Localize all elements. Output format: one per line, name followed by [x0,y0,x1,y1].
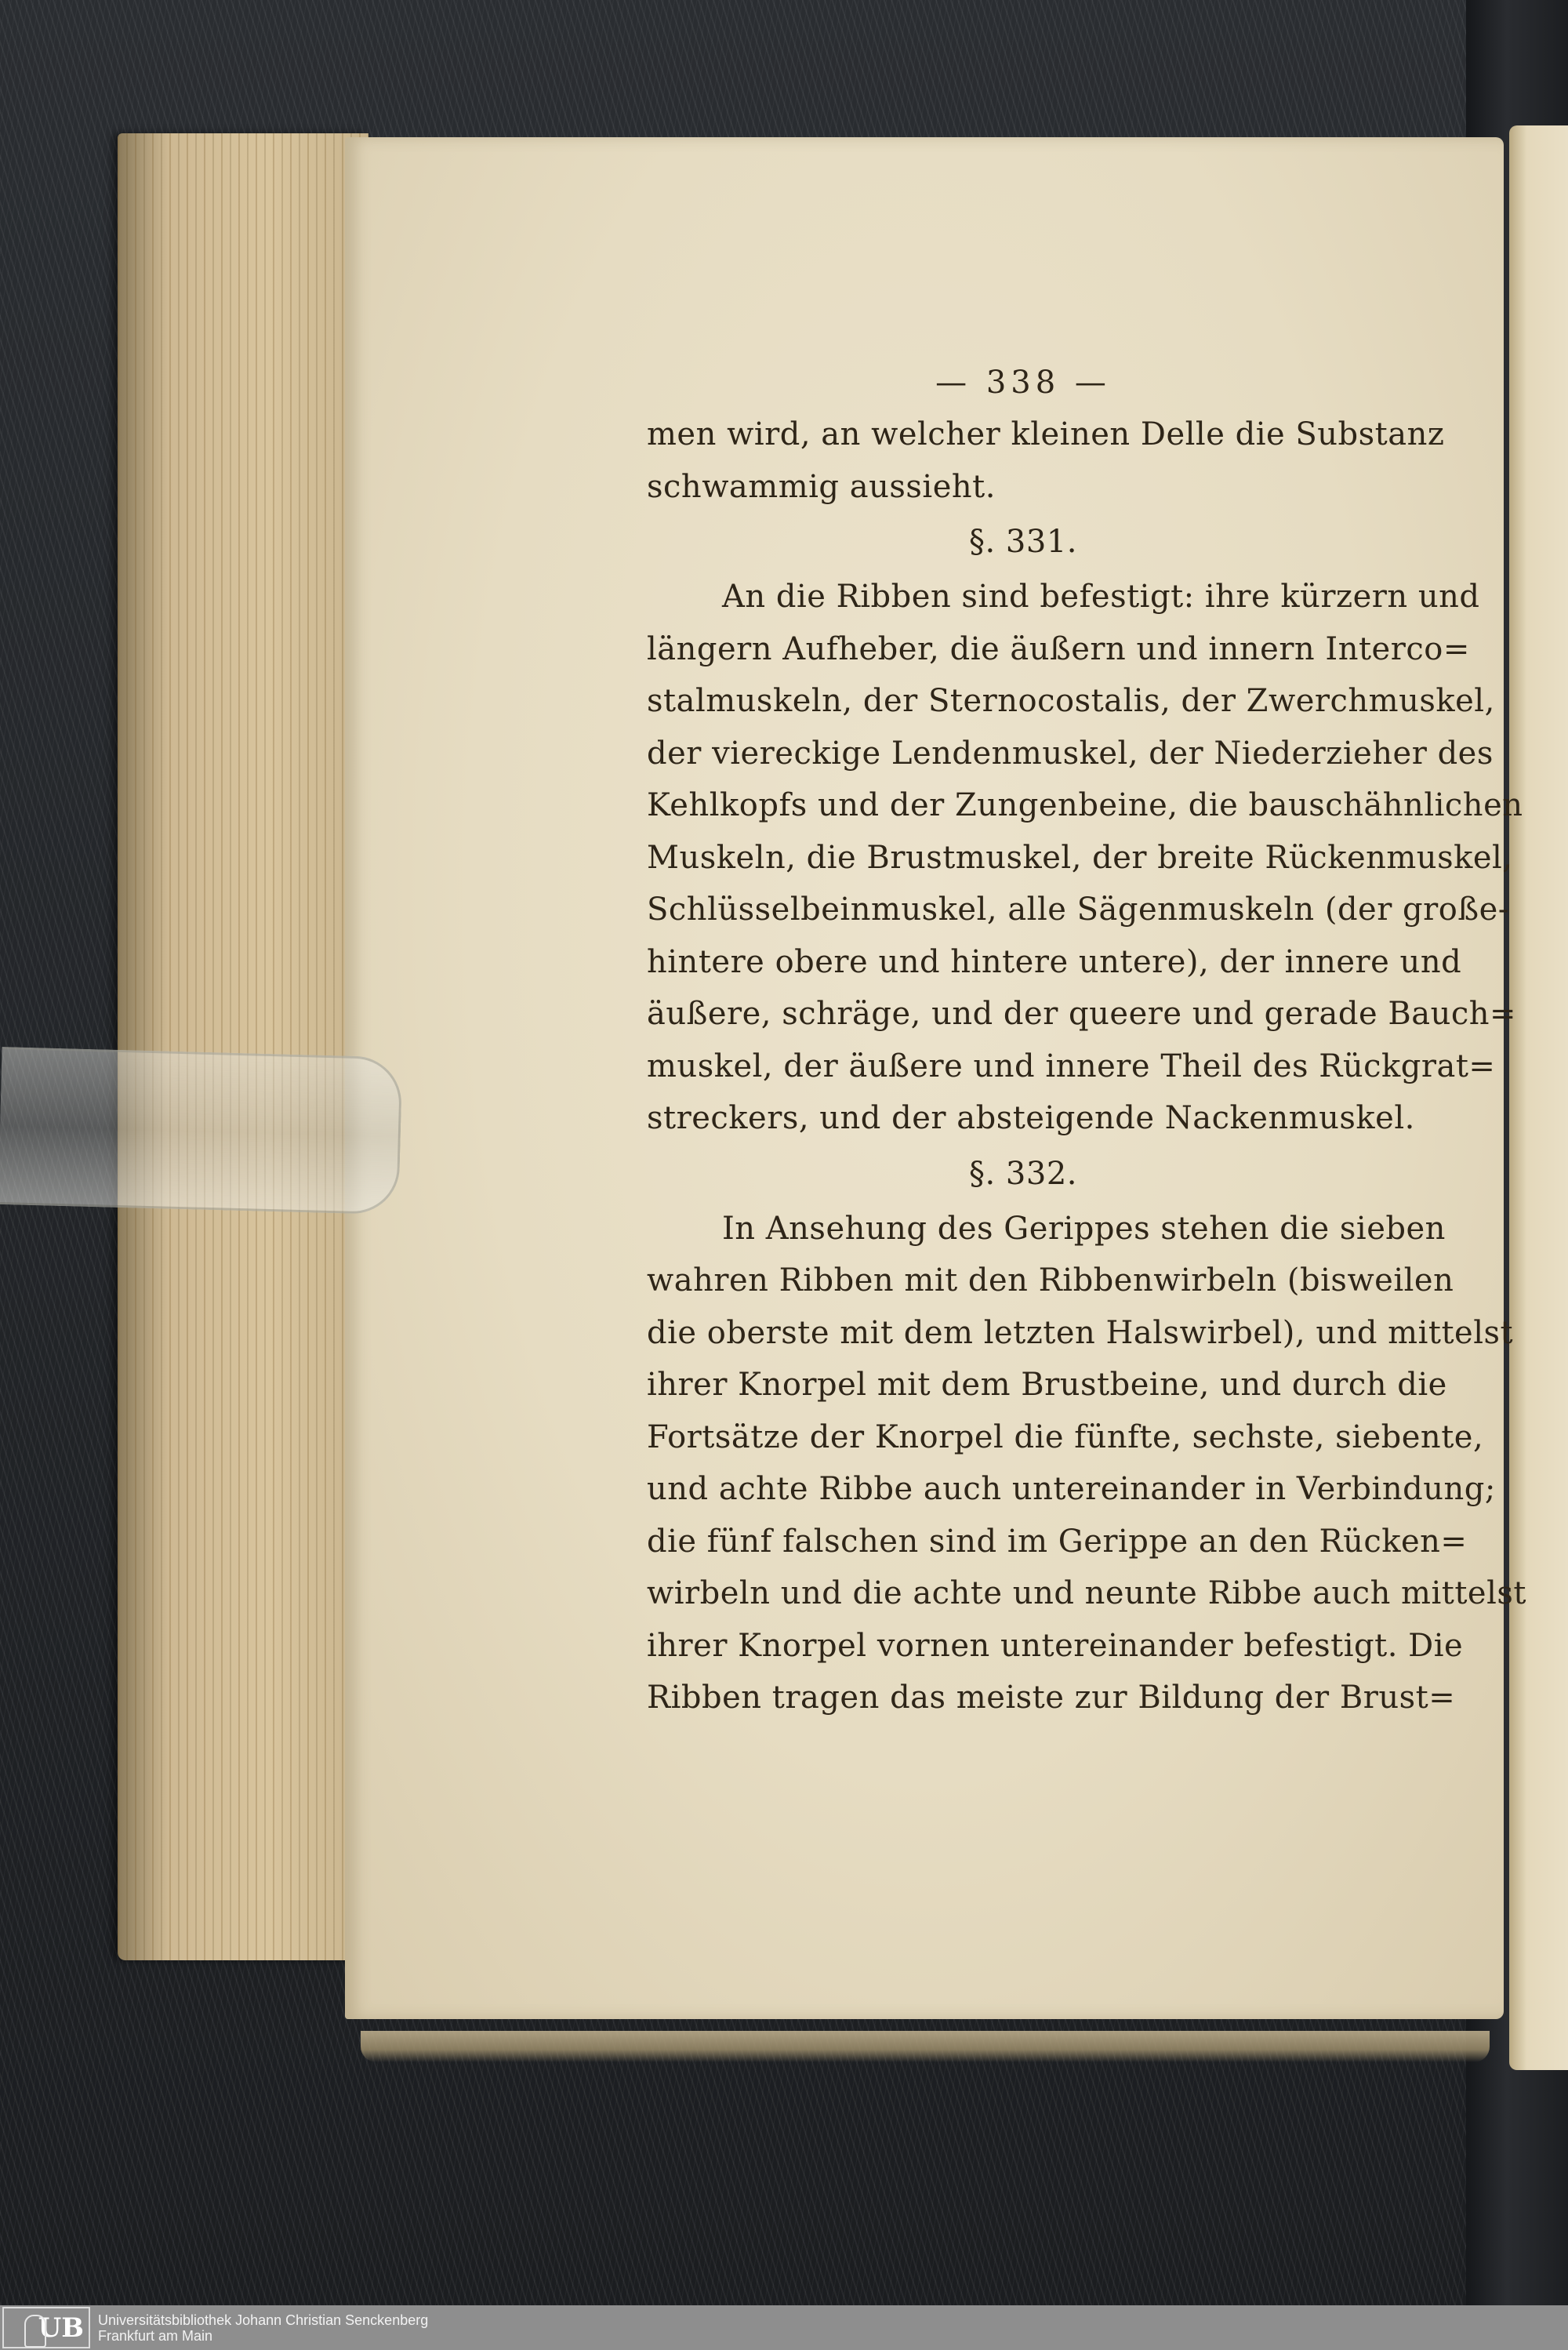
text-line: Ribben tragen das meiste zur Bildung der… [647,1672,1399,1724]
text-line: die oberste mit dem letzten Halswirbel),… [647,1307,1399,1360]
text-line: hintere obere und hintere untere), der i… [647,936,1399,989]
library-footer-bar: UB Universitätsbibliothek Johann Christi… [0,2305,1568,2350]
institution-name: Universitätsbibliothek Johann Christian … [98,2312,428,2344]
section-332-paragraph: In Ansehung des Gerippes stehen die sieb… [647,1203,1399,1724]
section-331-paragraph: An die Ribben sind befestigt: ihre kürze… [647,571,1399,1145]
text-line: In Ansehung des Gerippes stehen die sieb… [647,1203,1399,1255]
text-line: schwammig aussieht. [647,461,1399,514]
text-line: und achte Ribbe auch untereinander in Ve… [647,1463,1399,1516]
text-line: Kehlkopfs und der Zungenbeine, die bausc… [647,779,1399,832]
text-line: Schlüsselbeinmuskel, alle Sägenmuskeln (… [647,884,1399,936]
text-line: Fortsätze der Knorpel die fünfte, sechst… [647,1411,1399,1464]
text-line: ihrer Knorpel vornen untereinander befes… [647,1620,1399,1673]
institution-line-2: Frankfurt am Main [98,2328,428,2344]
portrait-icon [24,2315,46,2348]
section-heading-331: §. 331. [647,516,1399,569]
page-text: — 338 — men wird, an welcher kleinen Del… [647,357,1399,1724]
text-line: äußere, schräge, und der queere und gera… [647,988,1399,1041]
text-line: der viereckige Lendenmuskel, der Niederz… [647,728,1399,780]
text-line: streckers, und der absteigende Nackenmus… [647,1092,1399,1145]
continuation-paragraph: men wird, an welcher kleinen Delle die S… [647,409,1399,513]
institution-line-1: Universitätsbibliothek Johann Christian … [98,2312,428,2328]
page-deckle-edge [361,2031,1490,2062]
text-line: ihrer Knorpel mit dem Brustbeine, und du… [647,1359,1399,1411]
text-line: wahren Ribben mit den Ribbenwirbeln (bis… [647,1255,1399,1307]
text-line: Muskeln, die Brustmuskel, der breite Rüc… [647,832,1399,884]
page-number: — 338 — [647,357,1399,409]
ub-library-logo: UB [2,2307,90,2348]
text-line: An die Ribben sind befestigt: ihre kürze… [647,571,1399,623]
text-line: die fünf falschen sind im Gerippe an den… [647,1516,1399,1568]
text-line: längern Aufheber, die äußern und innern … [647,623,1399,676]
text-line: men wird, an welcher kleinen Delle die S… [647,409,1399,461]
text-line: stalmuskeln, der Sternocostalis, der Zwe… [647,675,1399,728]
glass-page-weight [0,1047,402,1215]
text-line: wirbeln und die achte und neunte Ribbe a… [647,1567,1399,1620]
page-stack-edges [118,133,368,1960]
section-heading-332: §. 332. [647,1148,1399,1201]
facing-page-edge [1509,125,1568,2070]
text-line: muskel, der äußere und innere Theil des … [647,1041,1399,1093]
